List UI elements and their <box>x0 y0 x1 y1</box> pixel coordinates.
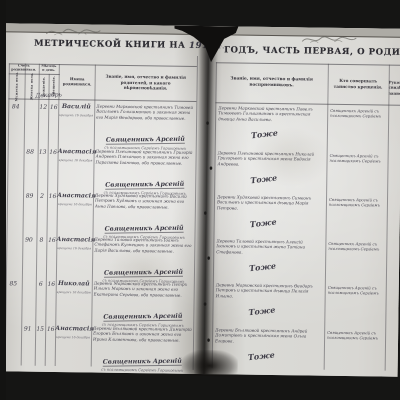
female-count: 90 <box>22 237 35 244</box>
baptism-note: крещена 16 декабря <box>59 158 93 163</box>
baptism-day: 16 <box>49 104 58 111</box>
godparents-entry: Деревни Марковской крестьянинъ Павелъ Ти… <box>218 105 323 122</box>
paper-stain <box>109 245 180 296</box>
ink-spot <box>207 338 210 342</box>
parents-entry: Деревни Бѣляковой крестьянинъ Димитрій Е… <box>93 326 192 343</box>
register-spread: МЕТРИЧЕСКОЙ КНИГИ НА 1913 г. ГОДЪ, ЧАСТЬ… <box>0 23 400 377</box>
ditto-mark: Тоже <box>248 304 276 317</box>
baptism-note: крещенъ 16 декабря <box>59 113 93 118</box>
baptism-day: 16 <box>47 237 56 244</box>
ink-spot <box>207 256 210 260</box>
performer-entry: Священникъ Арсеній съ псаломщикомъ Сергі… <box>329 197 385 208</box>
performer-entry: Священникъ Арсеній съ псаломщикомъ Сергі… <box>328 285 384 296</box>
parents-entry: Деревни Плехановой крестьянинъ Григорій … <box>95 149 194 166</box>
female-count: 91 <box>21 326 34 333</box>
priest-signature: Священникъ Арсеній <box>103 313 182 322</box>
paper-stain <box>250 127 331 188</box>
performer-entry: Священникъ Арсеній съ псаломщикомъ Сергі… <box>327 330 383 341</box>
performer-entry: Священникъ Арсеній съ псаломщикомъ Сергі… <box>328 241 384 252</box>
child-name: Анастасія <box>58 148 94 156</box>
birth-day: 2 <box>37 193 47 200</box>
child-name: Василій <box>58 103 94 111</box>
birth-day: 13 <box>38 149 48 156</box>
ditto-mark: Тоже <box>249 260 277 273</box>
priest-signature: Священникъ Арсеній <box>105 181 184 190</box>
godparents-entry: Деревни Бѣляковой крестьянинъ Андрей Дим… <box>215 327 320 344</box>
parents-entry: Деревни Худяковой крестьянинъ Василій Пе… <box>95 193 194 210</box>
ditto-mark: Тоже <box>249 216 277 229</box>
parents-entry: Деревни Марковской крестьянинъ Тимоѳей В… <box>96 104 195 121</box>
baptism-note: крещена 16 декабря <box>57 246 91 251</box>
bottom-ink-smudge <box>182 350 238 377</box>
child-name: Анастасія <box>57 192 93 200</box>
ditto-mark: Тоже <box>247 349 275 362</box>
photo-left-edge <box>0 0 6 400</box>
ink-spot <box>206 121 209 125</box>
photo-of-metrical-book: МЕТРИЧЕСКОЙ КНИГИ НА 1913 г. ГОДЪ, ЧАСТЬ… <box>0 0 400 400</box>
priest-signature: Священникъ Арсеній <box>106 136 185 145</box>
godparents-entry: Деревни Худяковой крестьянинъ Симеонъ Ва… <box>217 194 322 211</box>
baptism-day: 16 <box>48 193 57 200</box>
clerk-signature: съ псаломщикомъ Сергіемъ Горшковымъ <box>93 368 192 373</box>
female-count: 89 <box>23 193 36 200</box>
priest-signature-block: Священникъ Арсеній съ псаломщикомъ Сергі… <box>93 348 192 373</box>
female-count: 88 <box>24 149 37 156</box>
baptism-day: 16 <box>49 149 58 156</box>
baptism-note: крещена 16 декабря <box>56 335 90 340</box>
male-count: 85 <box>6 280 21 287</box>
baptism-note: крещена 16 декабря <box>58 202 92 207</box>
child-name: Николай <box>56 280 92 288</box>
child-name: Анастасія <box>56 236 92 244</box>
baptism-day: 16 <box>46 326 55 333</box>
child-name: Анастасія <box>55 325 91 333</box>
godparents-entry: Деревни Марковской крестьянинъ Ѳеодоръ П… <box>216 282 321 299</box>
male-count: 84 <box>8 103 23 110</box>
birth-day: 8 <box>36 237 46 244</box>
birth-day: 6 <box>36 281 46 288</box>
baptism-note: крещенъ 16 декабря <box>57 290 91 295</box>
godparents-entry: Деревни Таловой крестьянинъ Алексій Іоан… <box>216 238 321 255</box>
priest-signature: Священникъ Арсеній <box>103 358 182 367</box>
performer-entry: Священникъ Арсеній съ псаломщикомъ Сергі… <box>330 108 386 119</box>
ink-spot <box>204 302 207 306</box>
baptism-day: 16 <box>47 281 56 288</box>
birth-day: 15 <box>35 326 45 333</box>
ink-spot <box>204 211 207 215</box>
ink-spot <box>209 166 212 170</box>
priest-signature: Священникъ Арсеній <box>105 225 184 234</box>
performer-entry: Священникъ Арсеній съ псаломщикомъ Сергі… <box>330 153 386 164</box>
birth-day: 12 <box>38 104 48 111</box>
